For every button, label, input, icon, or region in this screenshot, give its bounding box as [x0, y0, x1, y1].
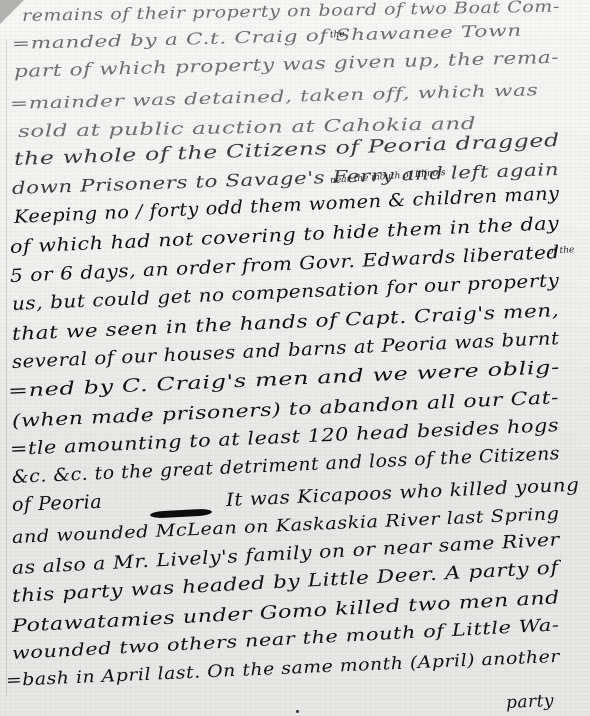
manuscript-line: of Peoria: [12, 491, 103, 516]
interlinear-insertion: the: [330, 29, 345, 40]
manuscript-page: remains of their property on board of tw…: [0, 0, 590, 716]
page-left-margin-line: [6, 40, 7, 696]
manuscript-line: =manded by a C.t. Craig of Shawanee Town: [12, 21, 522, 53]
catchword: party: [506, 691, 555, 713]
ink-speck: [296, 710, 299, 713]
page-corner-shadow: [0, 0, 24, 24]
manuscript-line: =mainder was detained, taken off, which …: [10, 80, 539, 113]
manuscript-line: part of which property was given up, the…: [14, 48, 560, 82]
interlinear-insertion: of the: [548, 245, 575, 257]
ink-dash-separator: [150, 508, 212, 518]
